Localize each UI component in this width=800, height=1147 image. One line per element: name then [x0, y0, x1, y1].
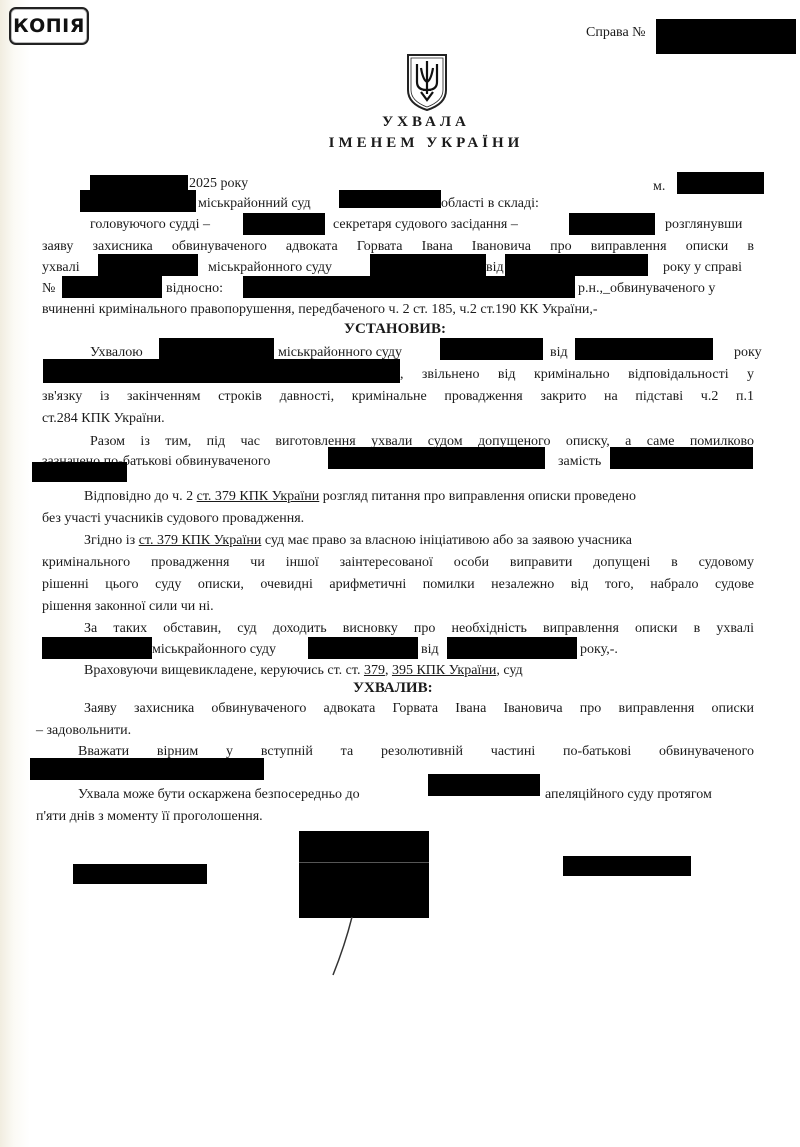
paragraph-text: – задовольнити. [36, 722, 131, 740]
redacted-judge-name [563, 856, 691, 876]
intro-line: відносно: [166, 280, 223, 298]
redacted-patronymic-correct [610, 447, 753, 469]
court-text: міськрайонний суд [198, 195, 311, 213]
intro-line: від [486, 259, 504, 277]
divider [299, 862, 429, 863]
paragraph-text: За таких обставин, суд доходить висновку… [84, 620, 754, 638]
redacted-court-name [159, 338, 274, 360]
redacted-date [505, 254, 648, 276]
signature-stroke [325, 915, 355, 980]
redacted-date [447, 637, 577, 659]
redacted-court-location [370, 254, 486, 276]
redacted-signature-seal [299, 831, 429, 918]
paragraph-text: Згідно із ст. 379 КПК України суд має пр… [84, 532, 632, 550]
date-text: 2025 року [189, 175, 248, 193]
paragraph-text: Відповідно до ч. 2 [84, 489, 193, 504]
paragraph-text: року,-. [580, 641, 618, 659]
redacted-city [677, 172, 764, 194]
paragraph-text: Враховуючи вищевикладене, керуючись ст. … [84, 663, 360, 678]
redacted-court-location [440, 338, 543, 360]
paragraph-text: Заяву захисника обвинуваченого адвоката … [84, 700, 754, 718]
redacted-accused-name [43, 359, 400, 383]
paragraph-text: замість [558, 453, 601, 471]
paragraph-text: Ухвала може бути оскаржена безпосередньо… [78, 786, 360, 804]
law-link-article-379[interactable]: 379 [364, 663, 385, 678]
paragraph-text: Згідно із [84, 533, 135, 548]
redacted-judge [243, 213, 325, 235]
paragraph-text: від [550, 344, 568, 362]
redacted-accused-name [243, 276, 575, 298]
paragraph-text: Відповідно до ч. 2 ст. 379 КПК України р… [84, 488, 636, 506]
section-heading-ruled: УХВАЛИВ: [353, 679, 433, 697]
redacted-court-name [80, 190, 196, 212]
paragraph-text: від [421, 641, 439, 659]
redacted-case-number [62, 276, 162, 298]
intro-line: вчиненні кримінального правопорушення, п… [42, 301, 598, 319]
redacted-judge-title [73, 864, 207, 884]
paragraph-text: , суд [496, 663, 522, 678]
document-subtitle: ІМЕНЕМ УКРАЇНИ [0, 135, 800, 152]
intro-line: міськрайонного суду [208, 259, 332, 277]
considered-text: розглянувши [665, 216, 742, 234]
redacted-patronymic-wrong [328, 447, 545, 469]
paragraph-text: апеляційного суду протягом [545, 786, 712, 804]
paragraph-text: зв'язку із закінченням строків давності,… [42, 388, 754, 406]
redacted-date [575, 338, 713, 360]
redacted-court-name [42, 637, 152, 659]
intro-line: ухвалі [42, 259, 80, 277]
intro-line: року у справі [663, 259, 742, 277]
redacted-case-number [656, 19, 796, 54]
redacted-region [339, 190, 441, 208]
redacted-court-name [98, 254, 198, 276]
redacted-patronymic-correct-cont [32, 462, 127, 482]
paragraph-text: п'яти днів з моменту її проголошення. [36, 808, 263, 826]
trident-coat-of-arms-icon [405, 52, 449, 112]
paragraph-text: кримінального провадження чи іншої заінт… [42, 554, 754, 572]
region-text: області в складі: [441, 195, 539, 213]
secretary-label: секретаря судового засідання – [333, 216, 518, 234]
paragraph-text: Враховуючи вищевикладене, керуючись ст. … [84, 662, 523, 680]
section-heading-established: УСТАНОВИВ: [344, 320, 446, 338]
case-number-label: Справа № [586, 24, 646, 42]
paragraph-text: рішенні цього суду описки, очевидні ариф… [42, 576, 754, 594]
law-link-article-379[interactable]: ст. 379 КПК України [139, 533, 262, 548]
redacted-appeal-court [428, 774, 540, 796]
case-number-sign: № [42, 280, 55, 298]
separator: , [385, 663, 389, 678]
paragraph-text: міськрайонного суду [152, 641, 276, 659]
city-label: м. [653, 178, 665, 196]
paragraph-text: без участі учасників судового провадженн… [42, 510, 304, 528]
law-link-article-379[interactable]: ст. 379 КПК України [197, 489, 320, 504]
redacted-correct-patronymic [30, 758, 264, 780]
paragraph-text: року [734, 344, 762, 362]
redacted-court-location [308, 637, 418, 659]
document-title: УХВАЛА [0, 114, 800, 131]
judge-label: головуючого судді – [90, 216, 210, 234]
redacted-secretary [569, 213, 655, 235]
paragraph-text: ст.284 КПК України. [42, 410, 165, 428]
paragraph-text: рішення законної сили чи ні. [42, 598, 214, 616]
law-link-article-395[interactable]: 395 КПК України [392, 663, 496, 678]
intro-line: р.н.,_обвинуваченого у [578, 280, 715, 298]
paragraph-text: , звільнено від кримінально відповідальн… [400, 366, 754, 384]
copy-stamp: КОПІЯ [9, 7, 89, 45]
paragraph-text: суд має право за власною ініціативою або… [265, 533, 632, 548]
paragraph-text: розгляд питання про виправлення описки п… [323, 489, 636, 504]
